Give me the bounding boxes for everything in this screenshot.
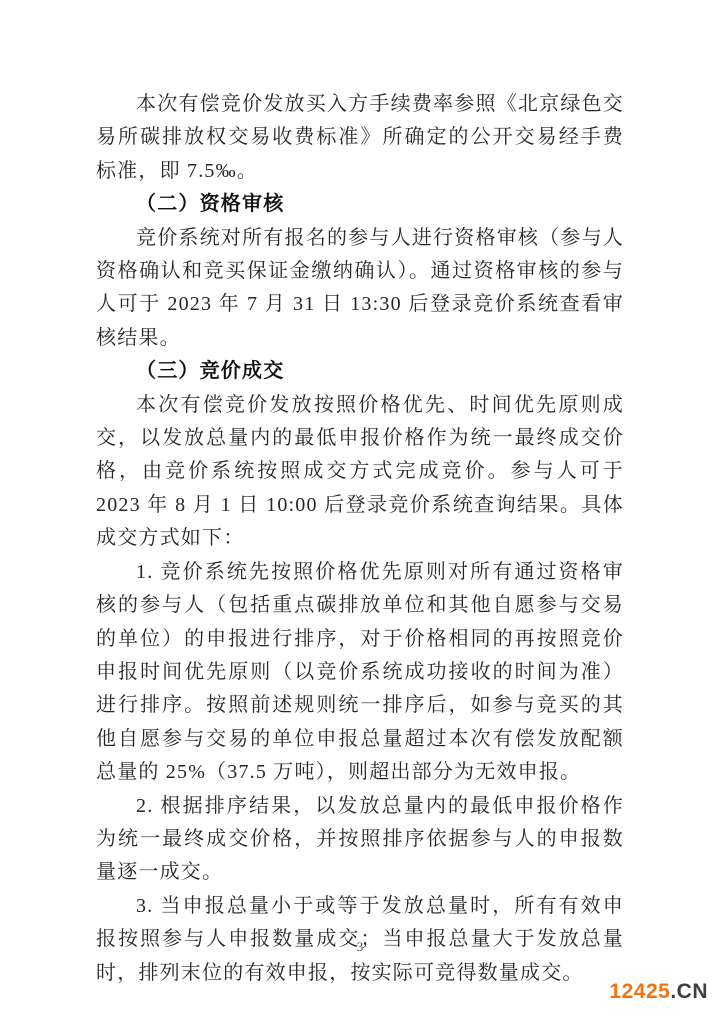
section-heading-qualification-review: （二）资格审核 — [96, 188, 624, 221]
paragraph-fee-standard: 本次有偿竞价发放买入方手续费率参照《北京绿色交易所碳排放权交易收费标准》所确定的… — [96, 88, 624, 188]
paragraph-deal-principle: 本次有偿竞价发放按照价格优先、时间优先原则成交，以发放总量内的最低申报价格作为统… — [96, 389, 624, 556]
paragraph-rule-1: 1. 竞价系统先按照价格优先原则对所有通过资格审核的参与人（包括重点碳排放单位和… — [96, 556, 624, 790]
document-body: 本次有偿竞价发放买入方手续费率参照《北京绿色交易所碳排放权交易收费标准》所确定的… — [96, 88, 624, 990]
watermark-suffix: .CN — [670, 980, 708, 1003]
watermark-prefix: 12425 — [609, 980, 670, 1003]
paragraph-qualification-review: 竞价系统对所有报名的参与人进行资格审核（参与人资格确认和竞买保证金缴纳确认）。通… — [96, 222, 624, 356]
section-heading-auction-deal: （三）竞价成交 — [96, 355, 624, 388]
paragraph-rule-2: 2. 根据排序结果，以发放总量内的最低申报价格作为统一最终成交价格，并按照排序依… — [96, 790, 624, 890]
page-number: 3 — [0, 939, 720, 955]
site-watermark: 12425.CN — [609, 981, 708, 1003]
document-page: 本次有偿竞价发放买入方手续费率参照《北京绿色交易所碳排放权交易收费标准》所确定的… — [0, 0, 720, 1019]
